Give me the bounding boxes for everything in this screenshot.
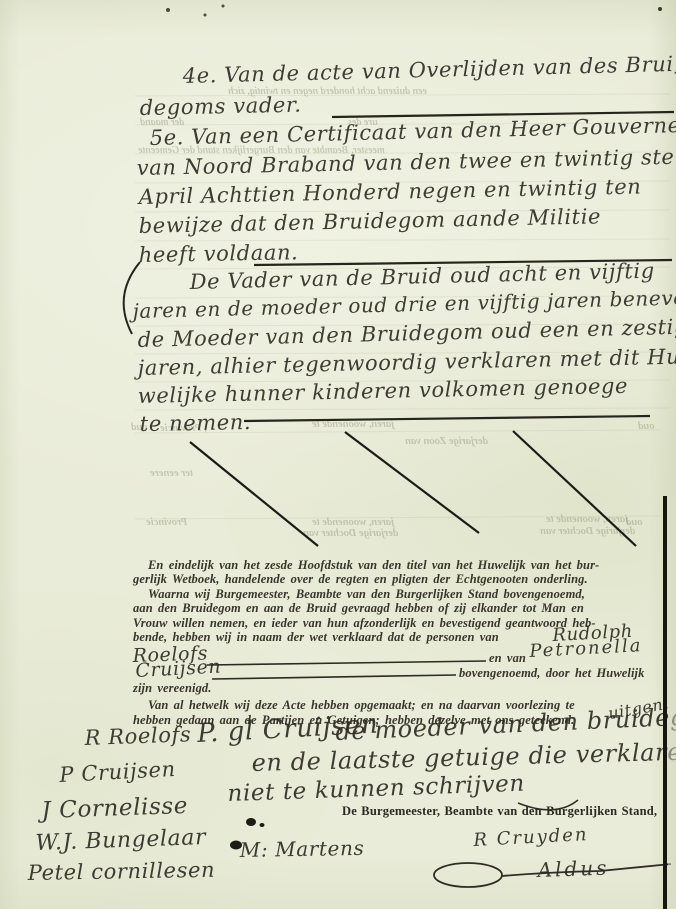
signature: R Roelofs xyxy=(84,722,191,750)
bleedthrough-text: ter eenere xyxy=(150,468,193,479)
handwritten-line: heeft voldaan. xyxy=(139,240,299,267)
rule-line xyxy=(244,416,650,421)
strike-line xyxy=(190,442,318,546)
name-rule-line xyxy=(212,675,456,679)
paper-speck xyxy=(166,8,170,12)
handwritten-bride-first-name: Petronella xyxy=(529,635,643,662)
bleedthrough-text: oud xyxy=(638,421,654,432)
printed-line: Waarna wij Burgemeester, Beambte van den… xyxy=(148,587,585,602)
signature-martens: M: Martens xyxy=(240,836,365,862)
handwritten-line: degoms vader. xyxy=(139,93,301,120)
handwritten-bride-last-name: Cruijsen xyxy=(135,656,222,682)
name-rule-line xyxy=(207,661,486,665)
handwritten-line: April Achttien Honderd negen en twintig … xyxy=(138,174,641,209)
signature: P Cruijsen xyxy=(59,757,177,787)
signature: Petel cornillesen xyxy=(28,858,216,885)
bleedthrough-text: jaren, woonende te xyxy=(312,419,394,430)
aldus-flourish-oval xyxy=(434,863,502,887)
handwritten-line: welijke hunner kinderen volkomen genoege xyxy=(137,374,628,408)
bleedthrough-text: Provincie xyxy=(146,517,187,528)
handwritten-line: bewijze dat den Bruidegom aande Militie xyxy=(138,204,601,238)
bleedthrough-text: jaren, woonende te xyxy=(312,517,394,528)
paper-speck xyxy=(658,7,662,11)
bleedthrough-text: oud xyxy=(626,517,642,528)
official-flourish-signature: Aldus xyxy=(537,856,610,882)
signature: W.J. Bungelaar xyxy=(35,825,206,856)
closing-note-line: en de laatste getuige die verklaren xyxy=(251,737,676,777)
official-title: De Burgemeester, Beambte van den Burgerl… xyxy=(342,804,657,819)
printed-line: gerlijk Wetboek, handelende over de regt… xyxy=(133,572,588,587)
handwritten-line: 4e. Van de acte van Overlijden van des B… xyxy=(182,52,676,88)
printed-line: aan den Bruidegom en aan de Bruid gevraa… xyxy=(133,601,584,616)
paper-speck xyxy=(222,5,225,8)
printed-line: en van xyxy=(489,651,526,666)
printed-line: Vrouw willen nemen, en ieder van hun afz… xyxy=(133,616,596,631)
bleedthrough-text: derjarige Dochter van xyxy=(303,528,398,539)
signature: J Cornelisse xyxy=(41,793,188,824)
bleedthrough-text: jaren, woonende te xyxy=(546,514,628,525)
printed-line: En eindelijk van het zesde Hoofdstuk van… xyxy=(148,558,599,573)
ink-blot xyxy=(246,818,256,826)
handwritten-line: te nemen. xyxy=(140,410,252,436)
paper-speck xyxy=(204,14,207,17)
official-signature: R Cruyden xyxy=(473,824,589,851)
bleedthrough-text: derjarige Dochter van xyxy=(540,526,635,537)
ink-blot xyxy=(260,823,265,827)
bleedthrough-text: derjarige Zoon van xyxy=(405,436,488,447)
printed-line: bovengenoemd, door het Huwelijk xyxy=(459,666,645,681)
printed-line: zijn vereenigd. xyxy=(133,681,212,696)
document-page: een duizend acht honderd negen en twinti… xyxy=(0,0,676,909)
